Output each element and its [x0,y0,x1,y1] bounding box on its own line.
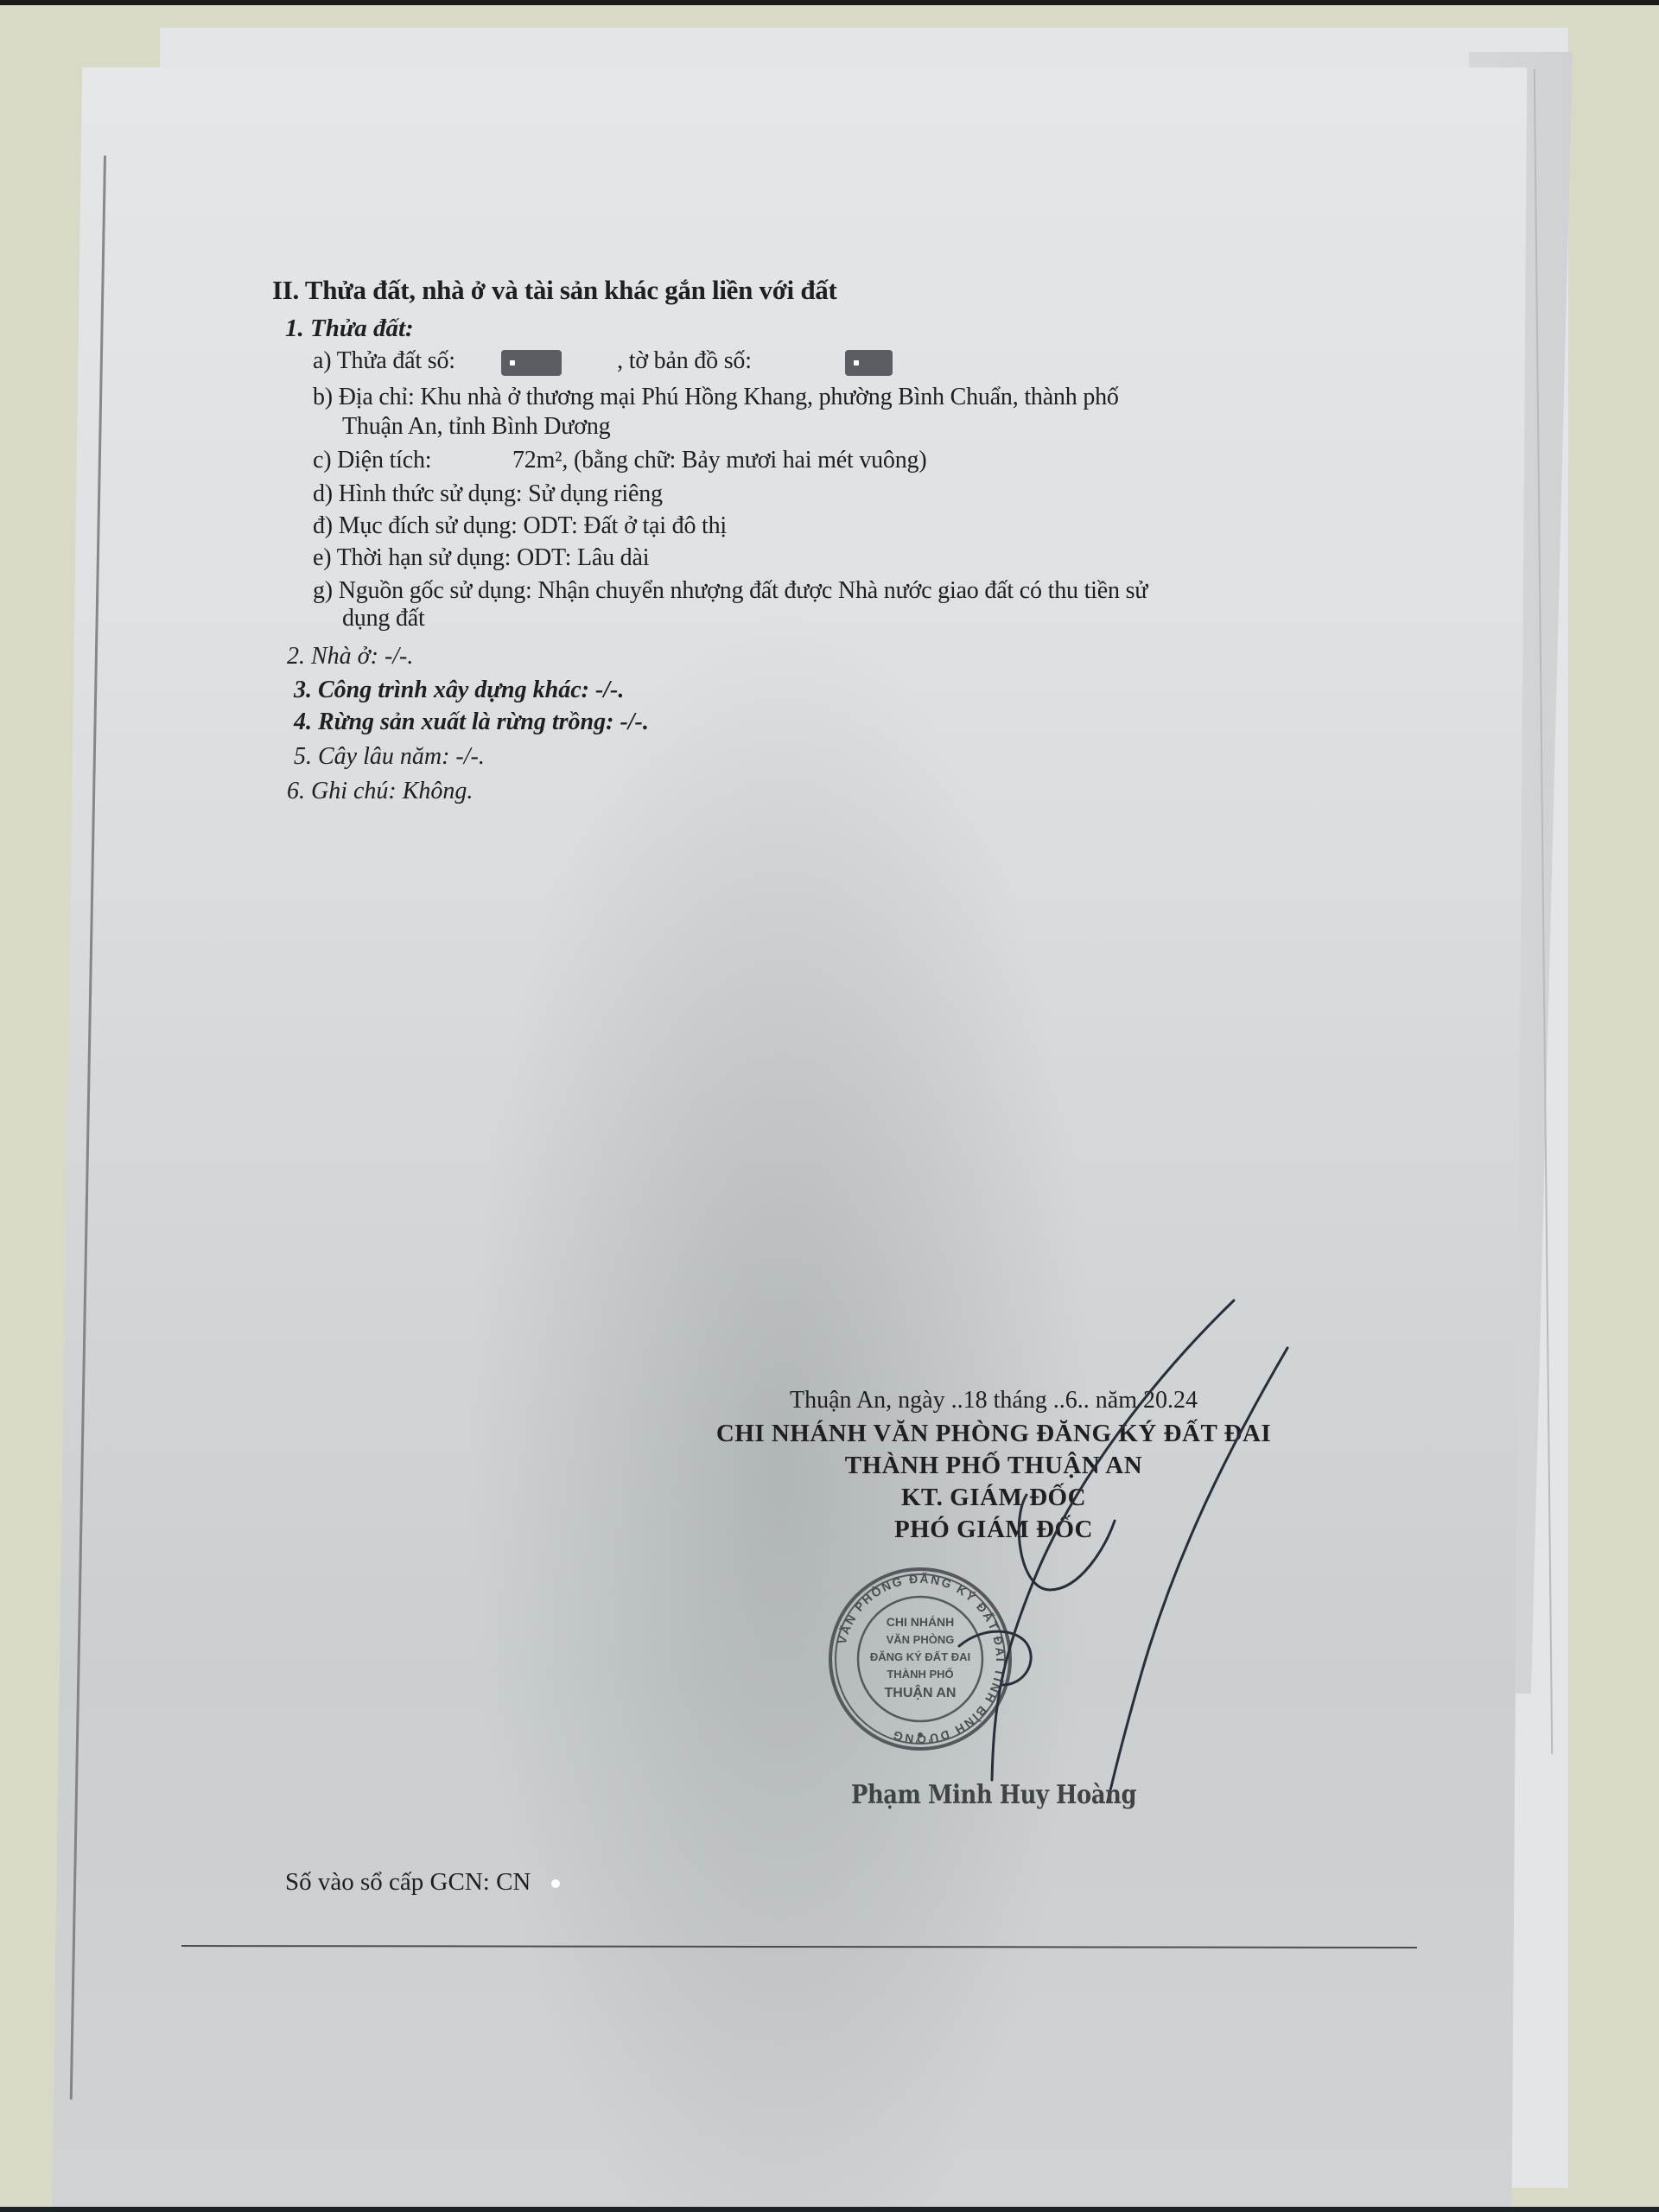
certificate-register-label: Số vào sổ cấp GCN: CN [285,1868,531,1896]
certificate-register-number: Số vào sổ cấp GCN: CN [285,1868,560,1897]
signer-name: Phạm Minh Huy Hoàng [851,1780,1136,1810]
redacted-register-number [551,1879,560,1888]
document-content: II. Thửa đất, nhà ở và tài sản khác gắn … [0,0,1659,2212]
handwritten-signature-icon [0,0,1659,2212]
